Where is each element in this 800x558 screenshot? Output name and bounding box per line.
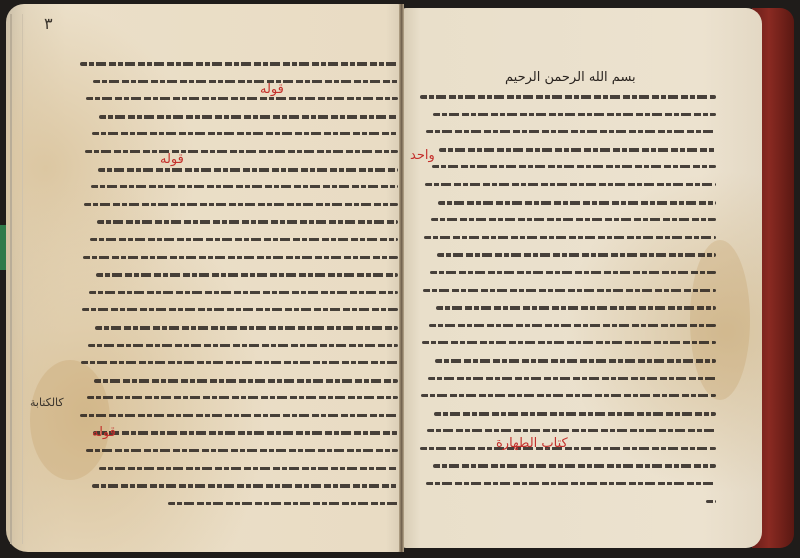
manuscript-line bbox=[420, 475, 716, 493]
manuscript-line bbox=[420, 194, 716, 212]
manuscript-line bbox=[78, 424, 398, 442]
manuscript-line bbox=[78, 125, 398, 143]
margin-note: كالكتابة bbox=[30, 396, 64, 409]
page-edges bbox=[10, 14, 23, 544]
manuscript-line bbox=[420, 370, 716, 388]
manuscript-line bbox=[420, 334, 716, 352]
manuscript-line bbox=[78, 161, 398, 179]
manuscript-line bbox=[420, 158, 716, 176]
rubric-right-1: واحد bbox=[410, 148, 435, 163]
manuscript-line bbox=[78, 372, 398, 390]
manuscript-line bbox=[78, 90, 398, 108]
rubric-left-2: قوله bbox=[160, 152, 184, 167]
manuscript-line bbox=[78, 143, 398, 161]
basmala-heading: بسم الله الرحمن الرحيم bbox=[505, 70, 636, 85]
manuscript-line bbox=[420, 352, 716, 370]
manuscript-line bbox=[420, 229, 716, 247]
manuscript-line bbox=[420, 422, 716, 440]
manuscript-line bbox=[78, 319, 398, 337]
right-page-text bbox=[420, 88, 716, 508]
rubric-left-1: قوله bbox=[260, 82, 284, 97]
left-page-text bbox=[78, 55, 398, 515]
manuscript-line bbox=[78, 407, 398, 425]
manuscript-line bbox=[420, 405, 716, 423]
manuscript-line bbox=[78, 266, 398, 284]
folio-number: ٣ bbox=[44, 14, 53, 33]
manuscript-line bbox=[78, 301, 398, 319]
manuscript-line bbox=[78, 178, 398, 196]
rubric-right-2: كتاب الطهارة bbox=[496, 436, 568, 451]
manuscript-line bbox=[78, 55, 398, 73]
manuscript-line bbox=[420, 88, 716, 106]
manuscript-line bbox=[78, 495, 398, 513]
manuscript-line bbox=[78, 460, 398, 478]
rubric-left-3: قوله bbox=[92, 425, 116, 440]
manuscript-line bbox=[420, 123, 716, 141]
manuscript-line bbox=[420, 176, 716, 194]
manuscript-line bbox=[420, 211, 716, 229]
manuscript-line bbox=[78, 284, 398, 302]
manuscript-line bbox=[78, 108, 398, 126]
manuscript-line bbox=[78, 73, 398, 91]
manuscript-line bbox=[420, 264, 716, 282]
manuscript-line bbox=[420, 457, 716, 475]
manuscript-line bbox=[420, 387, 716, 405]
manuscript-line bbox=[78, 213, 398, 231]
manuscript-line bbox=[78, 442, 398, 460]
manuscript-line bbox=[420, 317, 716, 335]
photo-background: ٣ كالكتابة بسم الله الرحمن الرحيم قوله ق… bbox=[0, 0, 800, 558]
manuscript-line bbox=[420, 246, 716, 264]
manuscript-line bbox=[420, 299, 716, 317]
manuscript-line bbox=[78, 196, 398, 214]
manuscript-line bbox=[78, 354, 398, 372]
manuscript-line bbox=[78, 337, 398, 355]
manuscript-line bbox=[420, 282, 716, 300]
manuscript-line bbox=[420, 141, 716, 159]
manuscript-line bbox=[78, 249, 398, 267]
manuscript-line bbox=[420, 440, 716, 458]
manuscript-line bbox=[78, 389, 398, 407]
manuscript-line bbox=[78, 477, 398, 495]
manuscript-line bbox=[420, 493, 716, 511]
manuscript-line bbox=[420, 106, 716, 124]
book-gutter bbox=[399, 4, 404, 552]
manuscript-line bbox=[78, 231, 398, 249]
